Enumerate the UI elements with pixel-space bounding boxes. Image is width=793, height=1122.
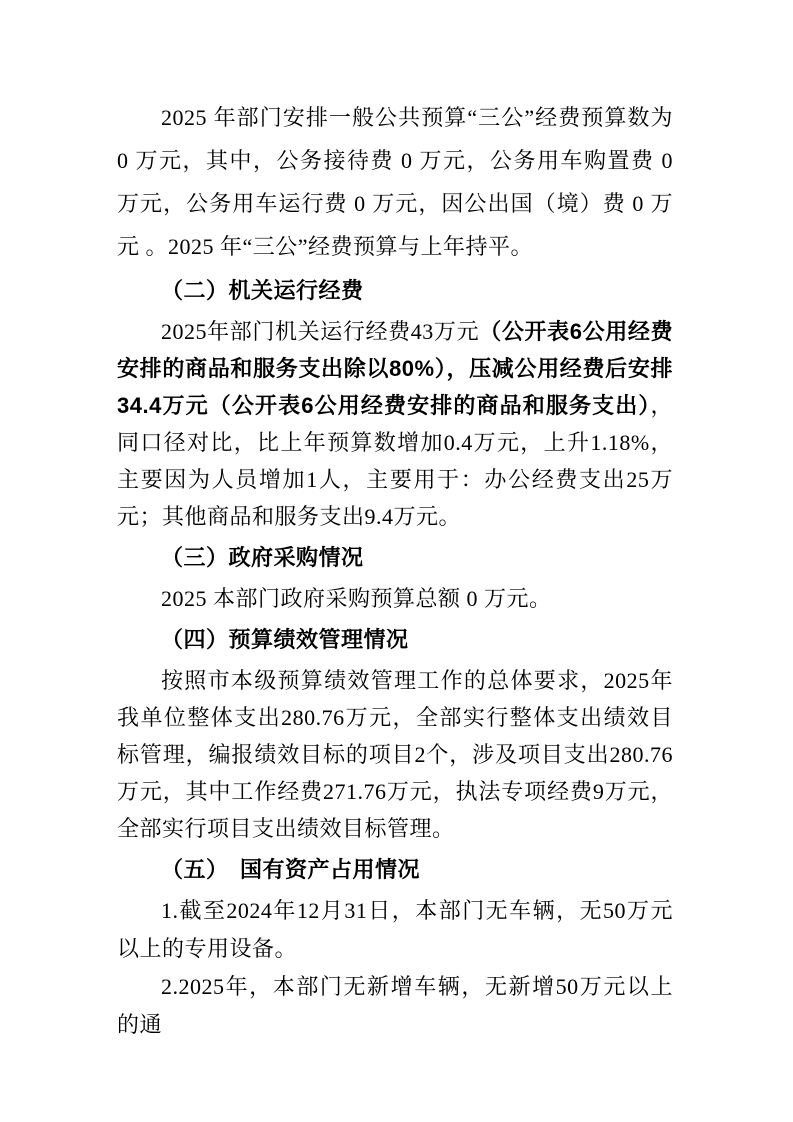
organ-operating-run-regular-1: 2025年部门机关运行经费43万元: [161, 319, 479, 344]
section-heading-state-assets: （五） 国有资产占用情况: [117, 847, 673, 892]
paragraph-state-assets-item-2: 2.2025年，本部门无新增车辆，无新增50万元以上的通: [117, 968, 673, 1044]
section-heading-organ-operating-funds: （二）机关运行经费: [117, 268, 673, 313]
document-page: 2025 年部门安排一般公共预算“三公”经费预算数为 0 万元，其中，公务接待费…: [0, 0, 793, 1122]
paragraph-organ-operating-funds: 2025年部门机关运行经费43万元（公开表6公用经费安排的商品和服务支出除以80…: [117, 313, 673, 535]
paragraph-state-assets-item-1: 1.截至2024年12月31日，本部门无车辆，无50万元以上的专用设备。: [117, 892, 673, 968]
page-content: 2025 年部门安排一般公共预算“三公”经费预算数为 0 万元，其中，公务接待费…: [117, 96, 673, 1044]
paragraph-government-procurement: 2025 本部门政府采购预算总额 0 万元。: [117, 580, 673, 617]
paragraph-three-public-funds: 2025 年部门安排一般公共预算“三公”经费预算数为 0 万元，其中，公务接待费…: [117, 96, 673, 268]
section-heading-government-procurement: （三）政府采购情况: [117, 535, 673, 580]
section-heading-budget-performance: （四）预算绩效管理情况: [117, 617, 673, 662]
paragraph-budget-performance: 按照市本级预算绩效管理工作的总体要求，2025年我单位整体支出280.76万元，…: [117, 662, 673, 847]
